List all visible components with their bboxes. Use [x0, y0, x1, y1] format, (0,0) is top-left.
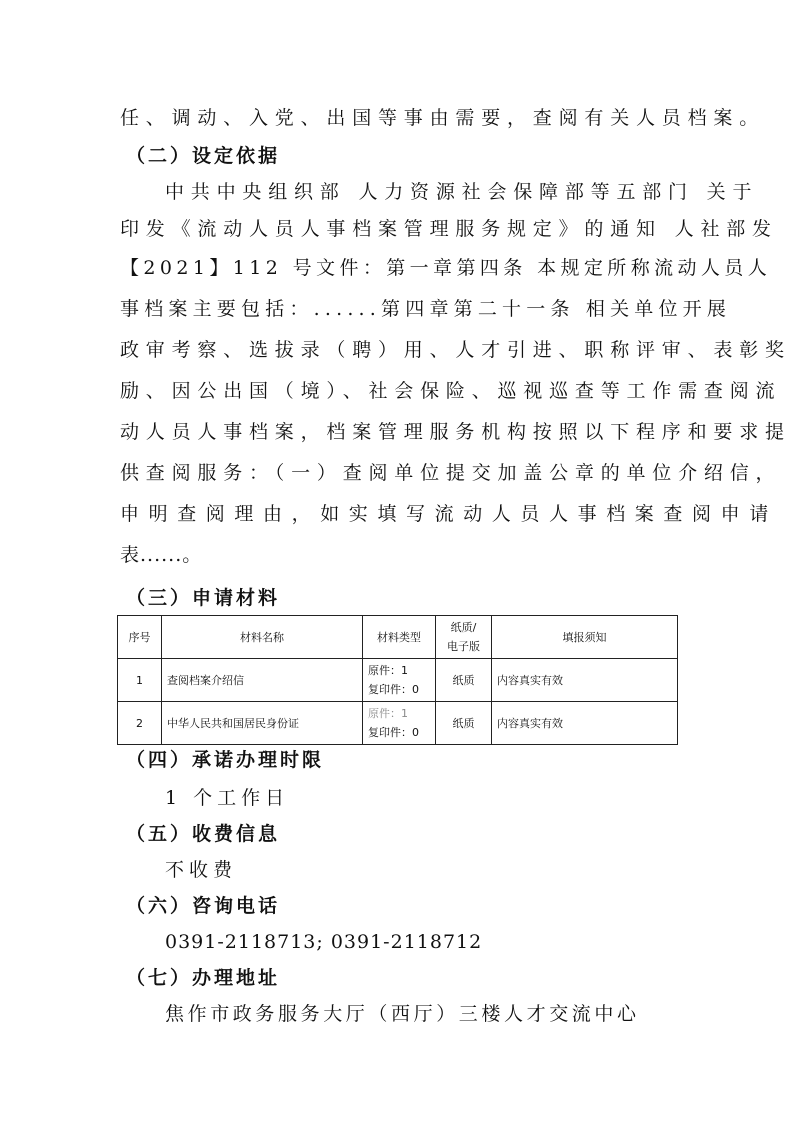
cell-note: 内容真实有效	[492, 659, 678, 702]
table-header-row: 序号 材料名称 材料类型 纸质/ 电子版 填报须知	[118, 616, 678, 659]
basis-line: 事档案主要包括：......第四章第二十一条 相关单位开展	[120, 296, 676, 322]
basis-line: 励、因公出国（境）、社会保险、巡视巡查等工作需查阅流	[120, 378, 676, 404]
basis-line: 【2021】112 号文件：第一章第四条 本规定所称流动人员人	[120, 255, 676, 281]
column-header-form: 纸质/ 电子版	[436, 616, 492, 659]
column-header-no: 序号	[118, 616, 162, 659]
cell-no: 1	[118, 659, 162, 702]
basis-line: 中共中央组织部 人力资源社会保障部等五部门 关于	[165, 179, 675, 205]
cell-form: 纸质	[436, 702, 492, 745]
cell-type: 原件：1 复印件：0	[363, 702, 436, 745]
section-heading-address: （七）办理地址	[126, 965, 280, 991]
cell-type: 原件：1 复印件：0	[363, 659, 436, 702]
section-heading-basis: （二）设定依据	[126, 143, 280, 169]
basis-line: 动人员人事档案，档案管理服务机构按照以下程序和要求提	[120, 419, 676, 445]
column-header-name: 材料名称	[162, 616, 363, 659]
table-row: 2 中华人民共和国居民身份证 原件：1 复印件：0 纸质 内容真实有效	[118, 702, 678, 745]
section-heading-time-limit: （四）承诺办理时限	[126, 747, 324, 773]
type-original: 原件：1	[368, 661, 430, 680]
section-heading-materials: （三）申请材料	[126, 585, 280, 611]
cell-name: 查阅档案介绍信	[162, 659, 363, 702]
section-heading-fee: （五）收费信息	[126, 821, 280, 847]
cell-no: 2	[118, 702, 162, 745]
basis-line: 印发《流动人员人事档案管理服务规定》的通知 人社部发	[120, 216, 676, 242]
section-heading-phone: （六）咨询电话	[126, 893, 280, 919]
type-copy: 复印件：0	[368, 723, 430, 742]
column-header-note: 填报须知	[492, 616, 678, 659]
column-header-type: 材料类型	[363, 616, 436, 659]
type-copy: 复印件：0	[368, 680, 430, 699]
column-header-form-line: 电子版	[441, 637, 486, 656]
table-row: 1 查阅档案介绍信 原件：1 复印件：0 纸质 内容真实有效	[118, 659, 678, 702]
paragraph-tail: 任、调动、入党、出国等事由需要，查阅有关人员档案。	[120, 105, 676, 131]
materials-table: 序号 材料名称 材料类型 纸质/ 电子版 填报须知 1 查阅档案介绍信 原件：1…	[117, 615, 678, 745]
phone-value: 0391-2118713; 0391-2118712	[165, 929, 482, 955]
basis-line: 政审考察、选拔录（聘）用、人才引进、职称评审、表彰奖	[120, 337, 676, 363]
basis-line: 申明查阅理由，如实填写流动人员人事档案查阅申请	[120, 501, 676, 527]
time-limit-value: 1 个工作日	[165, 785, 289, 811]
address-value: 焦作市政务服务大厅（西厅）三楼人才交流中心	[165, 1001, 640, 1027]
cell-note: 内容真实有效	[492, 702, 678, 745]
type-original: 原件：1	[368, 704, 430, 723]
fee-value: 不收费	[165, 857, 237, 883]
column-header-form-line: 纸质/	[441, 618, 486, 637]
basis-line: 表......。	[120, 542, 676, 568]
cell-name: 中华人民共和国居民身份证	[162, 702, 363, 745]
cell-form: 纸质	[436, 659, 492, 702]
basis-line: 供查阅服务：（一）查阅单位提交加盖公章的单位介绍信，	[120, 460, 676, 486]
